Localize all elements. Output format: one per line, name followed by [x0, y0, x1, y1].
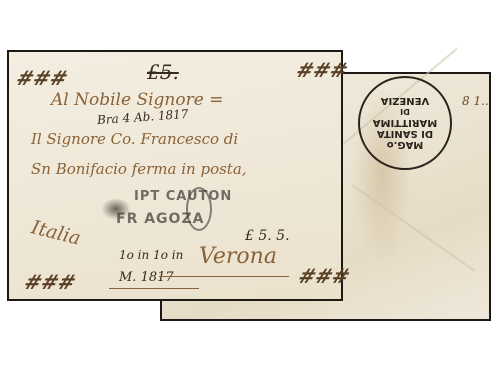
postmark-line: IPT CAUTON: [134, 189, 232, 204]
manuscript-note: 8 1..: [462, 94, 489, 108]
country-name: Italia: [29, 216, 83, 249]
hatch-mark: ###: [295, 264, 354, 288]
seal-text: DI SANITA: [377, 129, 433, 140]
seal-text: VENEZIA: [381, 96, 429, 107]
routing-note: 1o in 1o in: [119, 248, 183, 262]
underline: [109, 288, 199, 289]
rate-marking-bottom: £ 5. 5.: [245, 228, 290, 244]
ink-blot: [101, 198, 131, 220]
cover-front-panel: ### ### ### ### £5. Al Nobile Signore = …: [7, 50, 343, 301]
underline: [159, 276, 289, 277]
address-line: Sn Bonifacio ferma in posta,: [31, 160, 247, 178]
hatch-mark: ###: [293, 58, 352, 82]
seal-text: MAG.o: [387, 140, 424, 151]
address-line: Al Nobile Signore =: [51, 90, 223, 110]
seal-text: DI: [400, 107, 410, 118]
seal-text: MARITTIMA: [373, 118, 437, 129]
hatch-mark: ###: [13, 66, 72, 90]
destination-city: Verona: [199, 244, 277, 269]
rate-marking-top: £5.: [147, 60, 179, 84]
hatch-mark: ###: [21, 270, 80, 294]
disinfection-seal-postmark: MAG.o DI SANITA MARITTIMA DI VENEZIA: [358, 76, 452, 170]
letter-date: M. 1817: [119, 270, 174, 285]
address-line: Il Signore Co. Francesco di: [31, 130, 238, 148]
